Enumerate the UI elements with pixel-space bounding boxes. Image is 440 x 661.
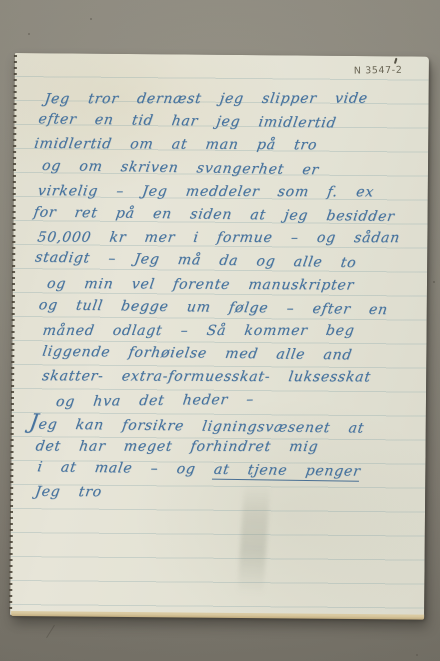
handwriting-text: liggende forhøielse med alle and bbox=[41, 344, 353, 364]
handwriting-line: for ret på en siden at jeg besidder bbox=[32, 201, 416, 229]
handwriting-block: Jeg tror dernæst jeg slipper videefter e… bbox=[29, 86, 415, 507]
torn-perforated-edge bbox=[9, 55, 17, 609]
catalog-number-text: N 3547-2 bbox=[354, 65, 403, 77]
underlined-handwriting-text: at tjene penger bbox=[212, 462, 361, 482]
handwriting-text: Jeg kan forsikre ligningsvæsenet at bbox=[28, 416, 365, 436]
handwriting-text: for ret på en siden at jeg besidder bbox=[32, 204, 395, 224]
handwriting-line: Jeg tro bbox=[33, 481, 412, 506]
handwriting-line: Jeg tror dernæst jeg slipper vide bbox=[43, 88, 416, 112]
handwriting-text: efter en tid har jeg imidlertid bbox=[37, 111, 337, 131]
handwriting-text: 50,000 kr mer i formue – og sådan bbox=[36, 230, 401, 247]
catalog-number: N 3547-2 bbox=[354, 65, 403, 77]
handwriting-line: og tull begge um følge – efter en bbox=[37, 294, 415, 322]
dust-speck bbox=[28, 33, 30, 35]
handwriting-text: måned odlagt – Så kommer beg bbox=[42, 323, 356, 339]
handwriting-line: imidlertid om at man på tro bbox=[33, 133, 416, 158]
handwriting-text: Jeg tror dernæst jeg slipper vide bbox=[44, 91, 369, 108]
handwriting-line: og om skriven svangerhet er bbox=[40, 155, 416, 184]
handwriting-line: virkelig – Jeg meddeler som f. ex bbox=[36, 180, 415, 204]
handwriting-text: Jeg tro bbox=[34, 484, 103, 500]
handwriting-text: virkelig – Jeg meddeler som f. ex bbox=[37, 183, 375, 200]
handwriting-line: skatter- extra-formuesskat- luksesskat bbox=[41, 365, 414, 389]
handwriting-text: og hva det heder – bbox=[55, 392, 255, 410]
dust-speck bbox=[416, 654, 418, 656]
handwriting-line: måned odlagt – Så kommer beg bbox=[41, 320, 414, 343]
handwriting-text: og tull begge um følge – efter en bbox=[38, 297, 389, 318]
paper-bottom-edge bbox=[11, 611, 424, 620]
handwriting-text: stadigt – Jeg må da og alle to bbox=[34, 250, 358, 272]
background-scratch bbox=[46, 625, 55, 638]
handwriting-line: liggende forhøielse med alle and bbox=[41, 341, 415, 369]
handwriting-text: imidlertid om at man på tro bbox=[33, 136, 318, 153]
dust-speck bbox=[433, 281, 435, 283]
handwriting-line: stadigt – Jeg må da og alle to bbox=[33, 247, 415, 277]
handwriting-line: det har meget forhindret mig bbox=[34, 435, 413, 459]
pencil-tick-mark bbox=[394, 58, 398, 64]
dust-speck bbox=[90, 18, 92, 20]
handwriting-line: Jeg kan forsikre ligningsvæsenet at bbox=[28, 410, 414, 438]
manuscript-page: N 3547-2 Jeg tror dernæst jeg slipper vi… bbox=[10, 53, 429, 619]
handwriting-text: skatter- extra-formuesskat- luksesskat bbox=[41, 368, 372, 385]
handwriting-text: i at male – og bbox=[36, 459, 215, 477]
photo-background: N 3547-2 Jeg tror dernæst jeg slipper vi… bbox=[0, 0, 440, 661]
handwriting-text: det har meget forhindret mig bbox=[35, 438, 320, 454]
handwriting-line: og min vel forente manuskripter bbox=[45, 272, 414, 297]
handwriting-text: og min vel forente manuskripter bbox=[46, 275, 355, 293]
handwriting-text: og om skriven svangerhet er bbox=[41, 158, 320, 178]
